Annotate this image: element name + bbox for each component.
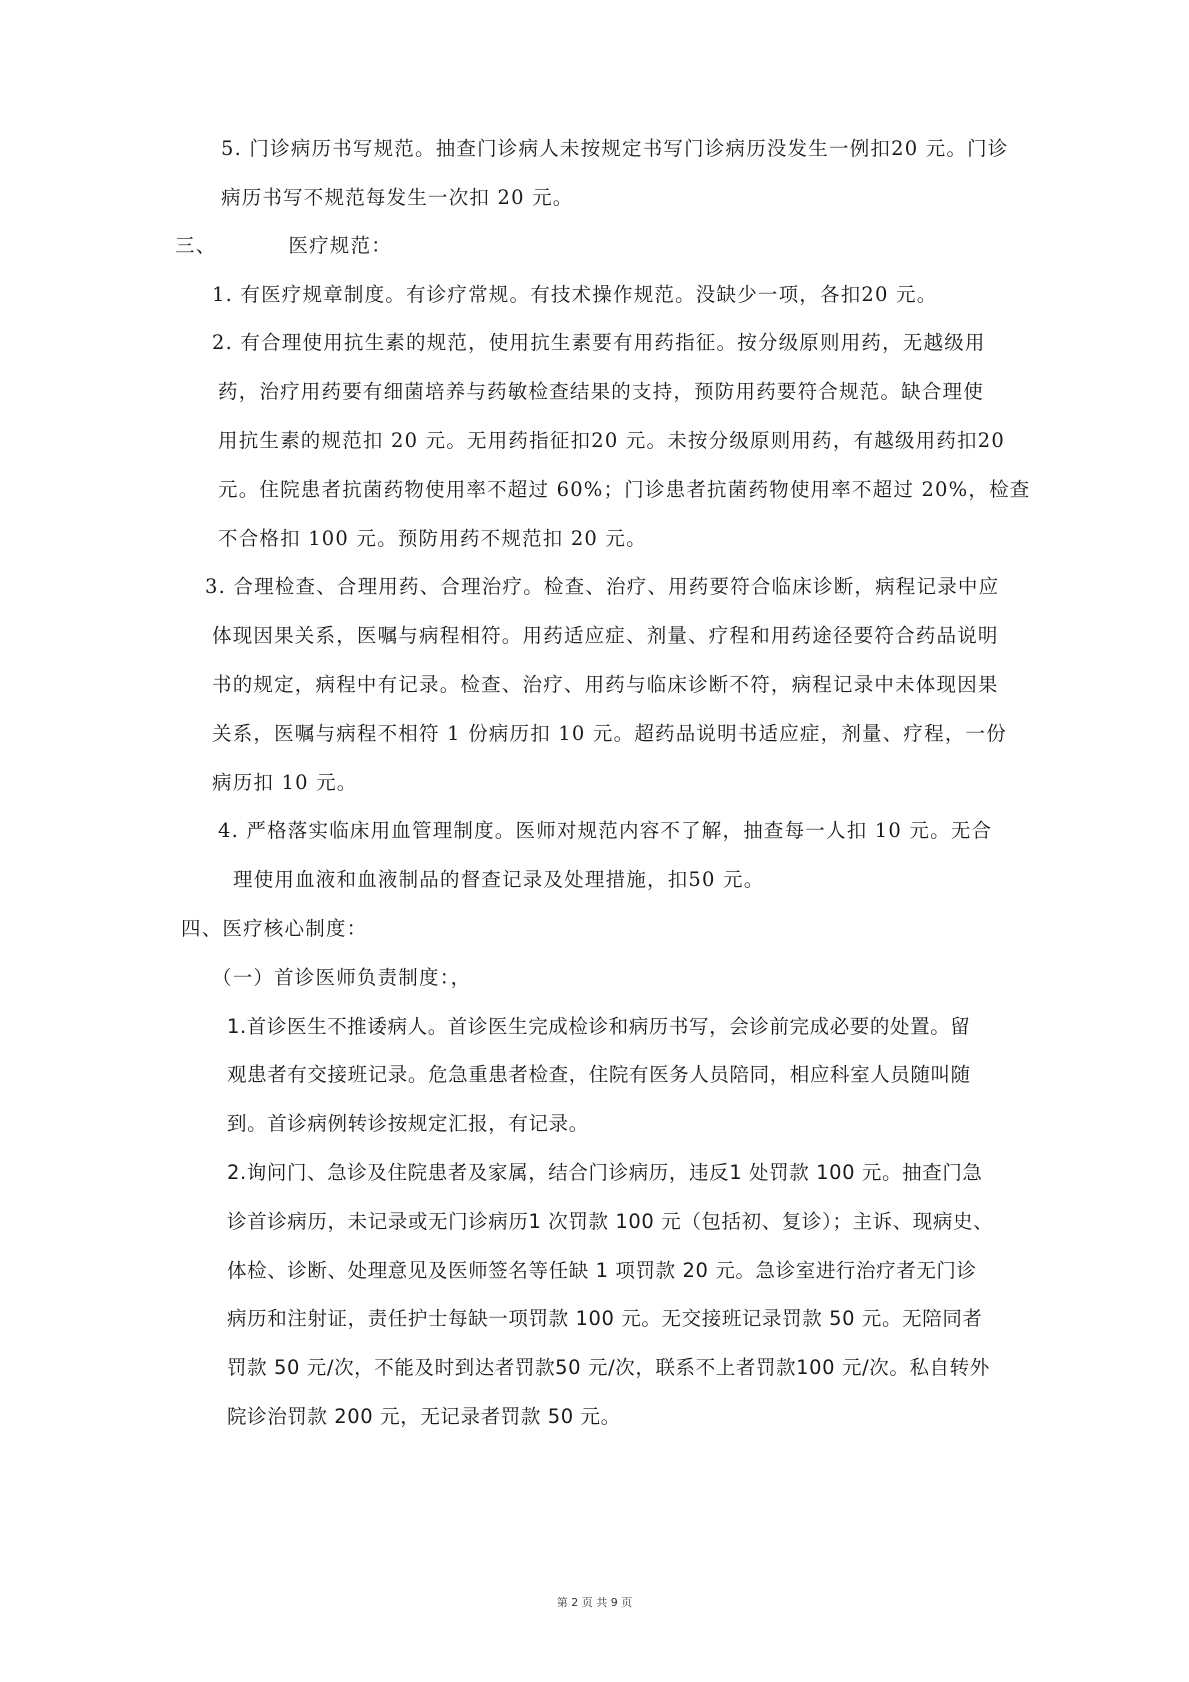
paragraph-line: 2. 有合理使用抗生素的规范，使用抗生素要有用药指征。按分级原则用药，无越级用 bbox=[212, 331, 986, 355]
paragraph-line: 院诊治罚款 200 元，无记录者罚款 50 元。 bbox=[227, 1405, 621, 1429]
paragraph-line: 不合格扣 100 元。预防用药不规范扣 20 元。 bbox=[218, 527, 647, 551]
paragraph-line: 药，治疗用药要有细菌培养与药敏检查结果的支持，预防用药要符合规范。缺合理使 bbox=[218, 380, 984, 404]
paragraph-line: 诊首诊病历，未记录或无门诊病历1 次罚款 100 元（包括初、复诊）；主诉、现病… bbox=[227, 1210, 993, 1234]
paragraph-line: 元。住院患者抗菌药物使用率不超过 60%；门诊患者抗菌药物使用率不超过 20%，… bbox=[218, 478, 1030, 502]
document-page: 5. 门诊病历书写规范。抽查门诊病人未按规定书写门诊病历没发生一例扣20 元。门… bbox=[0, 0, 1189, 1682]
paragraph-line: 到。首诊病例转诊按规定汇报，有记录。 bbox=[227, 1112, 589, 1136]
section-heading-4: 四、医疗核心制度： bbox=[181, 917, 367, 941]
section-number: 三、 bbox=[175, 234, 216, 257]
section-title: 医疗规范： bbox=[288, 234, 392, 257]
paragraph-line: 4. 严格落实临床用血管理制度。医师对规范内容不了解，抽查每一人扣 10 元。无… bbox=[218, 819, 992, 843]
paragraph-line: 观患者有交接班记录。危急重患者检查，住院有医务人员陪同，相应科室人员随叫随 bbox=[227, 1063, 971, 1087]
paragraph-line: 书的规定，病程中有记录。检查、治疗、用药与临床诊断不符，病程记录中未体现因果 bbox=[212, 673, 999, 697]
paragraph-line: 2.询问门、急诊及住院患者及家属，结合门诊病历，违反1 处罚款 100 元。抽查… bbox=[227, 1161, 983, 1185]
paragraph-line: 1. 有医疗规章制度。有诊疗常规。有技术操作规范。没缺少一项，各扣20 元。 bbox=[212, 283, 937, 307]
paragraph-line: 体现因果关系，医嘱与病程相符。用药适应症、剂量、疗程和用药途径要符合药品说明 bbox=[212, 624, 999, 648]
paragraph-line: 理使用血液和血液制品的督查记录及处理措施，扣50 元。 bbox=[233, 868, 764, 892]
paragraph-line: 病历书写不规范每发生一次扣 20 元。 bbox=[221, 186, 574, 210]
paragraph-line: 5. 门诊病历书写规范。抽查门诊病人未按规定书写门诊病历没发生一例扣20 元。门… bbox=[221, 137, 1009, 161]
paragraph-line: 罚款 50 元/次，不能及时到达者罚款50 元/次，联系不上者罚款100 元/次… bbox=[227, 1356, 990, 1380]
subsection-heading: （一）首诊医师负责制度：， bbox=[212, 966, 471, 990]
page-number-footer: 第 2 页 共 9 页 bbox=[0, 1594, 1189, 1610]
section-heading-3: 三、医疗规范： bbox=[175, 234, 392, 258]
paragraph-line: 病历和注射证，责任护士每缺一项罚款 100 元。无交接班记录罚款 50 元。无陪… bbox=[227, 1307, 983, 1331]
paragraph-line: 1.首诊医生不推诿病人。首诊医生完成检诊和病历书写，会诊前完成必要的处置。留 bbox=[227, 1015, 970, 1039]
paragraph-line: 用抗生素的规范扣 20 元。无用药指征扣20 元。未按分级原则用药，有越级用药扣… bbox=[218, 429, 1005, 453]
paragraph-line: 病历扣 10 元。 bbox=[212, 771, 358, 795]
paragraph-line: 3. 合理检查、合理用药、合理治疗。检查、治疗、用药要符合临床诊断，病程记录中应 bbox=[205, 575, 999, 599]
paragraph-line: 体检、诊断、处理意见及医师签名等任缺 1 项罚款 20 元。急诊室进行治疗者无门… bbox=[227, 1259, 977, 1283]
paragraph-line: 关系，医嘱与病程不相符 1 份病历扣 10 元。超药品说明书适应症，剂量、疗程，… bbox=[212, 722, 1007, 746]
